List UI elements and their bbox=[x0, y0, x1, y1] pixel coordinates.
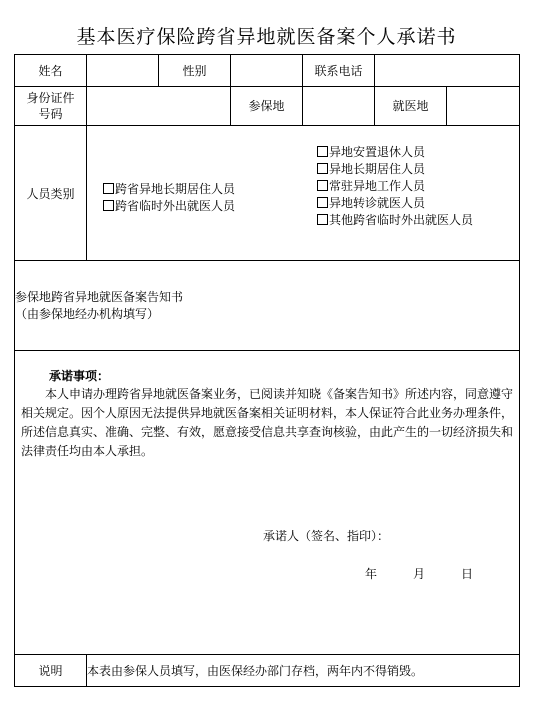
date-year: 年 bbox=[365, 565, 377, 582]
checkbox-option[interactable]: 其他跨省临时外出就医人员 bbox=[317, 211, 473, 228]
filing-form-table: 姓名 性别 联系电话 身份证件 号码 参保地 就医地 人员类别 跨省异地长期居住… bbox=[14, 54, 520, 687]
name-label: 姓名 bbox=[15, 55, 87, 87]
notes-label: 说明 bbox=[15, 655, 87, 687]
date-month: 月 bbox=[413, 565, 425, 582]
pledge-body: 本人申请办理跨省异地就医备案业务，已阅读并知晓《备案告知书》所述内容，同意遵守相… bbox=[21, 385, 515, 461]
treatment-place-label: 就医地 bbox=[375, 87, 447, 126]
id-label-line1: 身份证件 bbox=[15, 90, 86, 106]
pledge-cell: 承诺事项： 本人申请办理跨省异地就医备案业务，已阅读并知晓《备案告知书》所述内容… bbox=[15, 351, 520, 655]
checkbox-option[interactable]: 异地长期居住人员 bbox=[317, 160, 473, 177]
checkbox-icon[interactable] bbox=[317, 197, 328, 208]
signature-label[interactable]: 承诺人（签名、指印）： bbox=[263, 527, 389, 544]
checkbox-option[interactable]: 异地转诊就医人员 bbox=[317, 194, 473, 211]
row-notes: 说明 本表由参保人员填写，由医保经办部门存档，两年内不得销毁。 bbox=[15, 655, 520, 687]
category-options: 跨省异地长期居住人员 跨省临时外出就医人员 异地安置退休人员 异地长期居住人员 bbox=[87, 126, 520, 261]
date-line[interactable]: 年月日 bbox=[365, 565, 473, 582]
insured-place-field[interactable] bbox=[303, 87, 375, 126]
gender-label: 性别 bbox=[159, 55, 231, 87]
checkbox-label: 跨省异地长期居住人员 bbox=[115, 180, 235, 197]
row-personnel-category: 人员类别 跨省异地长期居住人员 跨省临时外出就医人员 异地安置退休人员 bbox=[15, 126, 520, 261]
gender-field[interactable] bbox=[231, 55, 303, 87]
row-basic-info: 姓名 性别 联系电话 bbox=[15, 55, 520, 87]
category-right-group: 异地安置退休人员 异地长期居住人员 常驻异地工作人员 异地转诊就医人员 其他跨省… bbox=[317, 143, 473, 228]
treatment-place-field[interactable] bbox=[447, 87, 520, 126]
document-title: 基本医疗保险跨省异地就医备案个人承诺书 bbox=[0, 22, 533, 49]
checkbox-option[interactable]: 跨省异地长期居住人员 bbox=[103, 180, 235, 197]
name-field[interactable] bbox=[87, 55, 159, 87]
checkbox-option[interactable]: 跨省临时外出就医人员 bbox=[103, 197, 235, 214]
row-filing-notice: 参保地跨省异地就医备案告知书 （由参保地经办机构填写） bbox=[15, 261, 520, 351]
checkbox-icon[interactable] bbox=[317, 163, 328, 174]
phone-field[interactable] bbox=[375, 55, 520, 87]
checkbox-label: 跨省临时外出就医人员 bbox=[115, 197, 235, 214]
checkbox-option[interactable]: 常驻异地工作人员 bbox=[317, 177, 473, 194]
row-pledge: 承诺事项： 本人申请办理跨省异地就医备案业务，已阅读并知晓《备案告知书》所述内容… bbox=[15, 351, 520, 655]
insured-place-label: 参保地 bbox=[231, 87, 303, 126]
filing-notice-cell[interactable]: 参保地跨省异地就医备案告知书 （由参保地经办机构填写） bbox=[15, 261, 520, 351]
notice-subtitle: （由参保地经办机构填写） bbox=[15, 306, 519, 323]
id-number-label: 身份证件 号码 bbox=[15, 87, 87, 126]
checkbox-icon[interactable] bbox=[317, 214, 328, 225]
date-day: 日 bbox=[461, 565, 473, 582]
checkbox-option[interactable]: 异地安置退休人员 bbox=[317, 143, 473, 160]
notes-text: 本表由参保人员填写，由医保经办部门存档，两年内不得销毁。 bbox=[87, 655, 520, 687]
phone-label: 联系电话 bbox=[303, 55, 375, 87]
checkbox-icon[interactable] bbox=[103, 183, 114, 194]
checkbox-label: 其他跨省临时外出就医人员 bbox=[329, 211, 473, 228]
checkbox-label: 常驻异地工作人员 bbox=[329, 177, 425, 194]
id-number-field[interactable] bbox=[87, 87, 231, 126]
checkbox-label: 异地长期居住人员 bbox=[329, 160, 425, 177]
checkbox-label: 异地安置退休人员 bbox=[329, 143, 425, 160]
checkbox-label: 异地转诊就医人员 bbox=[329, 194, 425, 211]
category-left-group: 跨省异地长期居住人员 跨省临时外出就医人员 bbox=[103, 180, 235, 214]
checkbox-icon[interactable] bbox=[103, 200, 114, 211]
pledge-heading: 承诺事项： bbox=[49, 367, 109, 384]
category-label: 人员类别 bbox=[15, 126, 87, 261]
notice-title: 参保地跨省异地就医备案告知书 bbox=[15, 289, 519, 306]
id-label-line2: 号码 bbox=[15, 106, 86, 122]
checkbox-icon[interactable] bbox=[317, 146, 328, 157]
checkbox-icon[interactable] bbox=[317, 180, 328, 191]
row-id-places: 身份证件 号码 参保地 就医地 bbox=[15, 87, 520, 126]
